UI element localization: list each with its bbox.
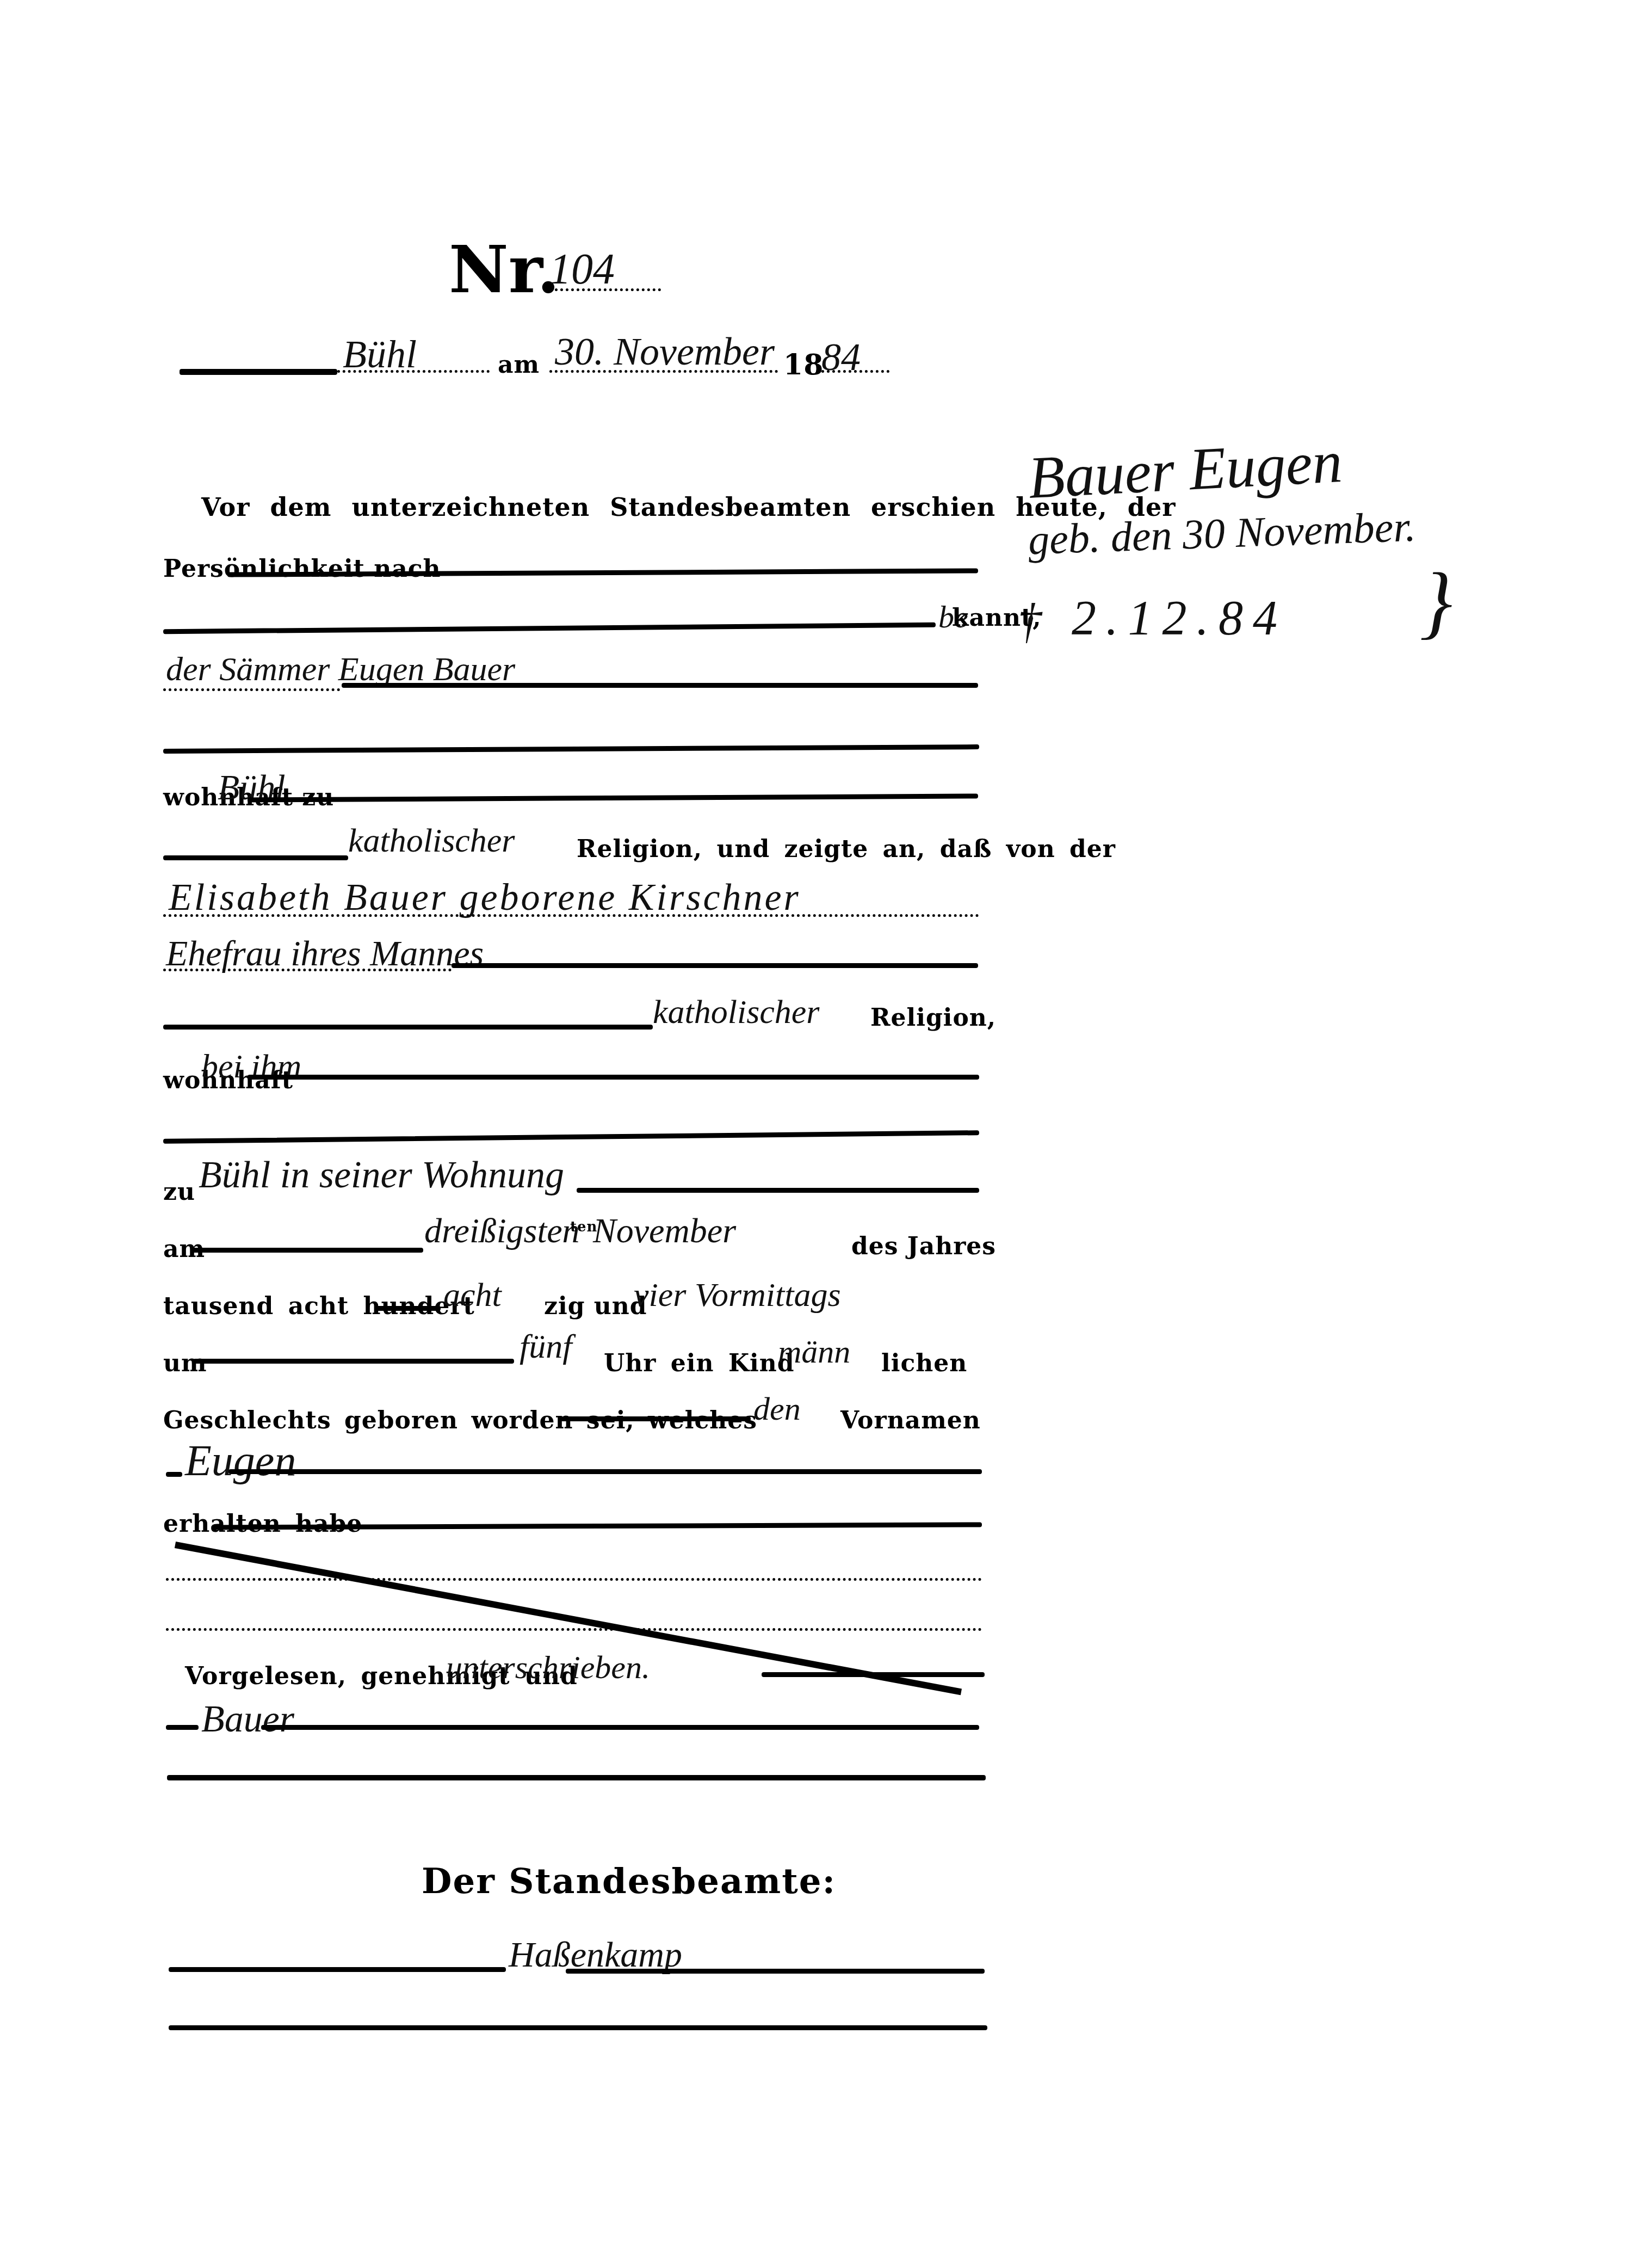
rule-dotted: [163, 969, 452, 971]
rule: [163, 744, 979, 754]
residence-value: Bühl: [218, 767, 286, 809]
child-given-name: Eugen: [185, 1437, 296, 1486]
birth-day: dreißigsten: [424, 1211, 580, 1251]
intro-text: Vor dem unterzeichneten Standesbeamten e…: [201, 492, 1176, 522]
religion-clause: Religion, und zeigte an, daß von der: [577, 835, 1116, 863]
gender-suffix: lichen: [881, 1349, 967, 1377]
birth-hour: fünf: [520, 1328, 572, 1366]
am-label: am: [498, 351, 540, 379]
year-suffix: 84: [821, 335, 861, 380]
rule: [452, 963, 978, 968]
bekannt-text: kannt,: [952, 604, 1042, 632]
registration-date: 30. November: [555, 329, 775, 374]
birth-place: Bühl in seiner Wohnung: [199, 1154, 564, 1197]
zig-und-label: zig und: [544, 1292, 647, 1320]
year-prefix: 18: [783, 348, 824, 381]
rule: [163, 1025, 653, 1030]
des-jahres-label: des Jahres: [851, 1232, 996, 1260]
rule: [163, 623, 936, 634]
rule: [762, 1672, 985, 1677]
declarant-signature: Bauer: [201, 1698, 294, 1741]
rule: [166, 1725, 199, 1730]
rule-dotted: [163, 688, 340, 691]
mother-residence: bei ihm: [201, 1047, 301, 1086]
rule: [167, 1775, 986, 1780]
zu-label: zu: [163, 1178, 195, 1206]
birth-month: November: [593, 1211, 736, 1251]
rule: [248, 793, 978, 802]
register-number-dotted-line: [544, 288, 661, 291]
rule: [560, 1416, 751, 1421]
birth-year-unit: vier Vormittags: [634, 1276, 841, 1315]
rule: [261, 1725, 979, 1730]
father-religion: katholischer: [348, 822, 515, 860]
rule: [375, 1306, 441, 1311]
rule-dotted: [163, 914, 979, 917]
religion-label: Religion,: [870, 1004, 996, 1032]
rule-dotted: [166, 1628, 982, 1631]
child-gender: männ: [778, 1333, 850, 1371]
rule: [248, 1075, 979, 1080]
rule: [342, 683, 978, 688]
persoenlichkeit-label: Persönlichkeit nach: [163, 555, 441, 583]
registrar-heading: Der Standesbeamte:: [422, 1861, 836, 1902]
rule: [169, 2025, 987, 2030]
rule: [577, 1188, 979, 1193]
register-number-label: Nr.: [449, 231, 560, 308]
mother-name: Elisabeth Bauer geborene Kirschner: [169, 876, 801, 920]
rule: [193, 1359, 514, 1364]
place-dotted-line: [337, 370, 490, 373]
margin-note-death-date: 2.12.84: [1072, 590, 1287, 646]
uhr-kind-label: Uhr ein Kind: [604, 1349, 795, 1377]
place-leading-line: [180, 369, 337, 375]
rule: [169, 1967, 506, 1972]
register-number-value: 104: [549, 245, 615, 294]
rule: [166, 1472, 182, 1477]
unterschrieben-value: unterschrieben.: [446, 1649, 650, 1686]
rule: [566, 1969, 985, 1974]
rule: [163, 855, 348, 860]
year-dotted-line: [816, 370, 889, 373]
rule: [163, 1130, 979, 1144]
erhalten-habe-label: erhalten habe: [163, 1510, 362, 1538]
rule: [190, 1248, 423, 1253]
birth-decade: acht: [443, 1276, 502, 1315]
vornamen-label: Vornamen: [840, 1407, 981, 1434]
rule: [228, 1469, 982, 1474]
rule-dotted: [166, 1578, 982, 1581]
mother-religion: katholischer: [653, 993, 820, 1032]
date-dotted-line: [549, 370, 778, 373]
margin-note-bracket: }: [1420, 555, 1452, 649]
den-value: den: [753, 1390, 801, 1428]
